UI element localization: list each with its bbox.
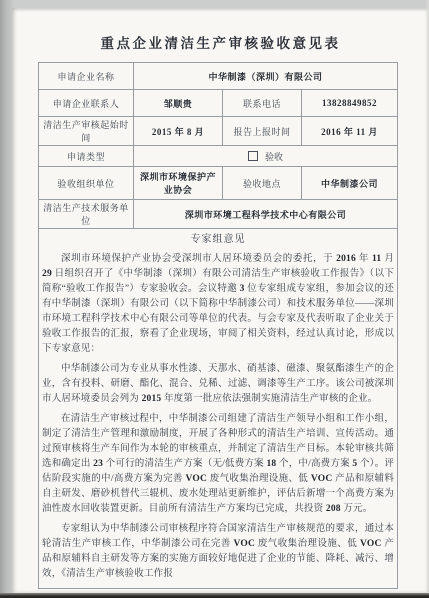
acceptance-org-value: 深圳市环境保护产业协会 [134, 167, 223, 200]
audit-start-value: 2015 年 8 月 [134, 117, 223, 146]
page-title: 重点企业清洁生产审核验收意见表 [12, 8, 429, 52]
scanned-document: 重点企业清洁生产审核验收意见表 申请企业名称 中华制漆（深圳）有限公司 申请企业… [0, 0, 429, 598]
row-acceptance-org: 验收组织单位 深圳市环境保护产业协会 验收地点 中华制漆公司 [39, 167, 398, 200]
company-name-value: 中华制漆（深圳）有限公司 [134, 63, 398, 90]
contact-person-label: 申请企业联系人 [39, 90, 134, 117]
expert-opinion-label: 专家组意见 [42, 230, 394, 245]
application-type-option: 验收 [265, 152, 283, 162]
phone-label: 联系电话 [223, 90, 302, 117]
row-contact: 申请企业联系人 邹顺贵 联系电话 13828849852 [39, 90, 398, 117]
acceptance-location-value: 中华制漆公司 [302, 167, 398, 200]
checkbox-icon [248, 151, 258, 161]
contact-person-value: 邹顺贵 [134, 90, 223, 117]
row-audit-dates: 清洁生产审核起始时间 2015 年 8 月 报告上报时间 2016 年 11 月 [39, 117, 398, 146]
audit-start-label: 清洁生产审核起始时间 [39, 117, 134, 146]
paper-page: 重点企业清洁生产审核验收意见表 申请企业名称 中华制漆（深圳）有限公司 申请企业… [12, 8, 429, 593]
service-unit-label: 清洁生产技术服务单位 [39, 200, 134, 229]
company-name-label: 申请企业名称 [39, 63, 134, 90]
acceptance-location-label: 验收地点 [223, 167, 302, 200]
acceptance-org-label: 验收组织单位 [39, 167, 134, 200]
application-type-value: 验收 [134, 146, 398, 167]
opinion-paragraph-4: 专家组认为中华制漆公司审核程序符合国家清洁生产审核规范的要求，通过本轮清洁生产审… [42, 522, 394, 582]
row-service-unit: 清洁生产技术服务单位 深圳市环境工程科学技术中心有限公司 [39, 200, 398, 229]
opinion-paragraph-1: 深圳市环境保护产业协会受深圳市人居环境委员会的委托，于 2016 年 11 月 … [42, 252, 394, 357]
report-date-label: 报告上报时间 [223, 117, 302, 146]
opinion-paragraph-3: 在清洁生产审核过程中，中华制漆公司组建了清洁生产领导小组和工作小组，制定了清洁生… [42, 412, 394, 517]
scan-right-edge-shade [425, 0, 429, 593]
row-expert-opinion: 专家组意见 深圳市环境保护产业协会受深圳市人居环境委员会的委托，于 2016 年… [39, 229, 398, 589]
service-unit-value: 深圳市环境工程科学技术中心有限公司 [134, 200, 398, 229]
acceptance-form-table: 申请企业名称 中华制漆（深圳）有限公司 申请企业联系人 邹顺贵 联系电话 138… [38, 62, 398, 589]
row-company-name: 申请企业名称 中华制漆（深圳）有限公司 [39, 63, 398, 90]
phone-value: 13828849852 [302, 90, 398, 117]
report-date-value: 2016 年 11 月 [302, 117, 398, 146]
expert-opinion-cell: 专家组意见 深圳市环境保护产业协会受深圳市人居环境委员会的委托，于 2016 年… [39, 229, 398, 589]
application-type-label: 申请类型 [39, 146, 134, 167]
row-application-type: 申请类型 验收 [39, 146, 398, 167]
opinion-paragraph-2: 中华制漆公司为专业从事水性漆、天那水、硝基漆、磁漆、聚氨酯漆生产的企业，含有投料… [42, 362, 394, 407]
scan-bottom-edge-shadow [0, 593, 429, 598]
